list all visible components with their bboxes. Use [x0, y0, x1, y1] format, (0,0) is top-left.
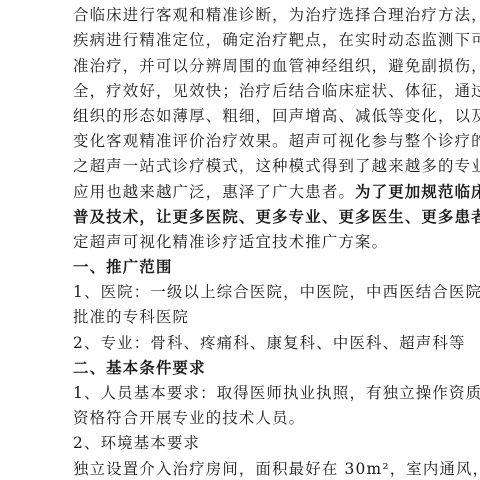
paragraph-line: 全，疗效好，见效快；治疗后结合临床症状、体征，通过超声对损伤: [73, 79, 409, 104]
list-item-personnel-cont: 资格符合开展专业的技术人员。: [73, 406, 409, 431]
list-item-hospitals-cont: 批准的专科医院: [73, 305, 409, 330]
bold-emphasis-text: 为了更加规范临床应用，迅速: [355, 183, 480, 201]
normal-text: 应用也越来越广泛，惠泽了广大患者。: [73, 183, 355, 201]
paragraph-line-mixed: 应用也越来越广泛，惠泽了广大患者。为了更加规范临床应用，迅速: [73, 180, 409, 205]
paragraph-line: 定超声可视化精准诊疗适宜技术推广方案。: [73, 230, 409, 255]
document-page: 超声可视化精准诊疗技术以超声影像为依据，结 合临床进行客观和精准诊断，为治疗选择…: [73, 0, 409, 480]
section-heading-scope: 一、推广范围: [73, 255, 409, 280]
paragraph-line: 组织的形态如薄厚、粗细，回声增高、减低等变化，以及弹性和血流: [73, 104, 409, 129]
list-item-personnel: 1、人员基本要求：取得医师执业执照，有独立操作资质的医师以上: [73, 381, 409, 406]
list-item-specialties: 2、专业：骨科、疼痛科、康复科、中医科、超声科等: [73, 331, 409, 356]
list-item-environment: 2、环境基本要求: [73, 431, 409, 456]
bold-emphasis-text: 普及技术，让更多医院、更多专业、更多医生、更多患者受益，: [73, 208, 480, 226]
paragraph-line: 疾病进行精准定位，确定治疗靶点，在实时动态监测下可视化进行精: [73, 28, 409, 53]
paragraph-line: 合临床进行客观和精准诊断，为治疗选择合理治疗方法，应用超声对: [73, 3, 409, 28]
section-heading-requirements: 二、基本条件要求: [73, 356, 409, 381]
paragraph-line-mixed: 普及技术，让更多医院、更多专业、更多医生、更多患者受益，特制: [73, 205, 409, 230]
list-item-hospitals: 1、医院：一级以上综合医院，中医院，中西医结合医院，各种国家: [73, 280, 409, 305]
paragraph-line: 之超声一站式诊疗模式，这种模式得到了越来越多的专业医生认可，: [73, 154, 409, 179]
paragraph-line: 独立设置介入治疗房间，面积最好在 30m²，室内通风，配备空气消毒: [73, 457, 409, 480]
paragraph-line: 准治疗，并可以分辨周围的血管神经组织，避免副损伤，创伤小，安: [73, 54, 409, 79]
paragraph-line: 变化客观精准评价治疗效果。超声可视化参与整个诊疗的全过程，谓: [73, 129, 409, 154]
